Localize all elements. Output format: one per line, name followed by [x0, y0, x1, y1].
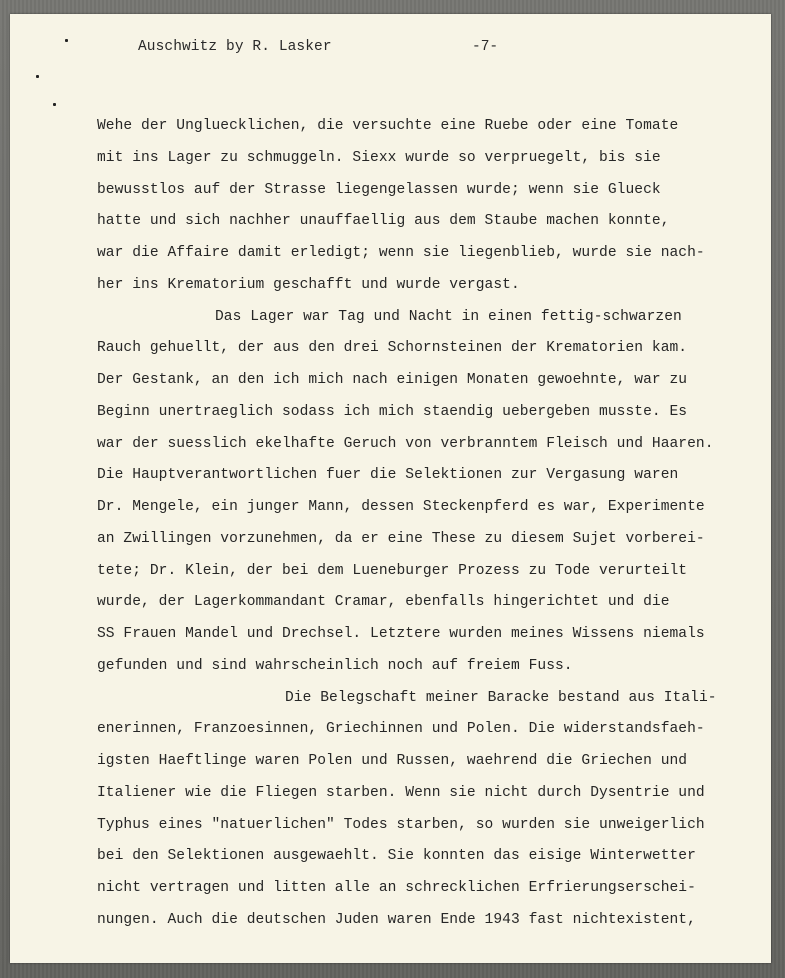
text-line: mit ins Lager zu schmuggeln. Siexx wurde…: [97, 147, 767, 179]
page-header-title: Auschwitz by R. Lasker: [138, 39, 332, 55]
text-line: nungen. Auch die deutschen Juden waren E…: [97, 909, 767, 941]
page-number: -7-: [472, 39, 498, 55]
punch-mark: [65, 39, 68, 42]
text-line: war der suesslich ekelhafte Geruch von v…: [97, 433, 767, 465]
text-line: gefunden und sind wahrscheinlich noch au…: [97, 655, 767, 687]
text-line: Dr. Mengele, ein junger Mann, dessen Ste…: [97, 496, 767, 528]
text-line: Wehe der Ungluecklichen, die versuchte e…: [97, 115, 767, 147]
text-line: an Zwillingen vorzunehmen, da er eine Th…: [97, 528, 767, 560]
text-line: bei den Selektionen ausgewaehlt. Sie kon…: [97, 845, 767, 877]
text-line: SS Frauen Mandel und Drechsel. Letztere …: [97, 623, 767, 655]
text-line: nicht vertragen und litten alle an schre…: [97, 877, 767, 909]
text-line: wurde, der Lagerkommandant Cramar, ebenf…: [97, 591, 767, 623]
text-line: hatte und sich nachher unauffaellig aus …: [97, 210, 767, 242]
punch-mark: [53, 103, 56, 106]
text-line: igsten Haeftlinge waren Polen und Russen…: [97, 750, 767, 782]
text-line: Die Hauptverantwortlichen fuer die Selek…: [97, 464, 767, 496]
text-line: Typhus eines "natuerlichen" Todes starbe…: [97, 814, 767, 846]
text-line: Der Gestank, an den ich mich nach einige…: [97, 369, 767, 401]
text-line: bewusstlos auf der Strasse liegengelasse…: [97, 179, 767, 211]
paragraph-start-line: Die Belegschaft meiner Baracke bestand a…: [97, 687, 767, 719]
text-line: tete; Dr. Klein, der bei dem Lueneburger…: [97, 560, 767, 592]
punch-mark: [36, 75, 39, 78]
text-line: her ins Krematorium geschafft und wurde …: [97, 274, 767, 306]
text-line: Beginn unertraeglich sodass ich mich sta…: [97, 401, 767, 433]
text-line: enerinnen, Franzoesinnen, Griechinnen un…: [97, 718, 767, 750]
text-line: Rauch gehuellt, der aus den drei Schorns…: [97, 337, 767, 369]
document-body: Wehe der Ungluecklichen, die versuchte e…: [97, 115, 767, 941]
paragraph-start-line: Das Lager war Tag und Nacht in einen fet…: [97, 306, 767, 338]
text-line: war die Affaire damit erledigt; wenn sie…: [97, 242, 767, 274]
text-line: Italiener wie die Fliegen starben. Wenn …: [97, 782, 767, 814]
